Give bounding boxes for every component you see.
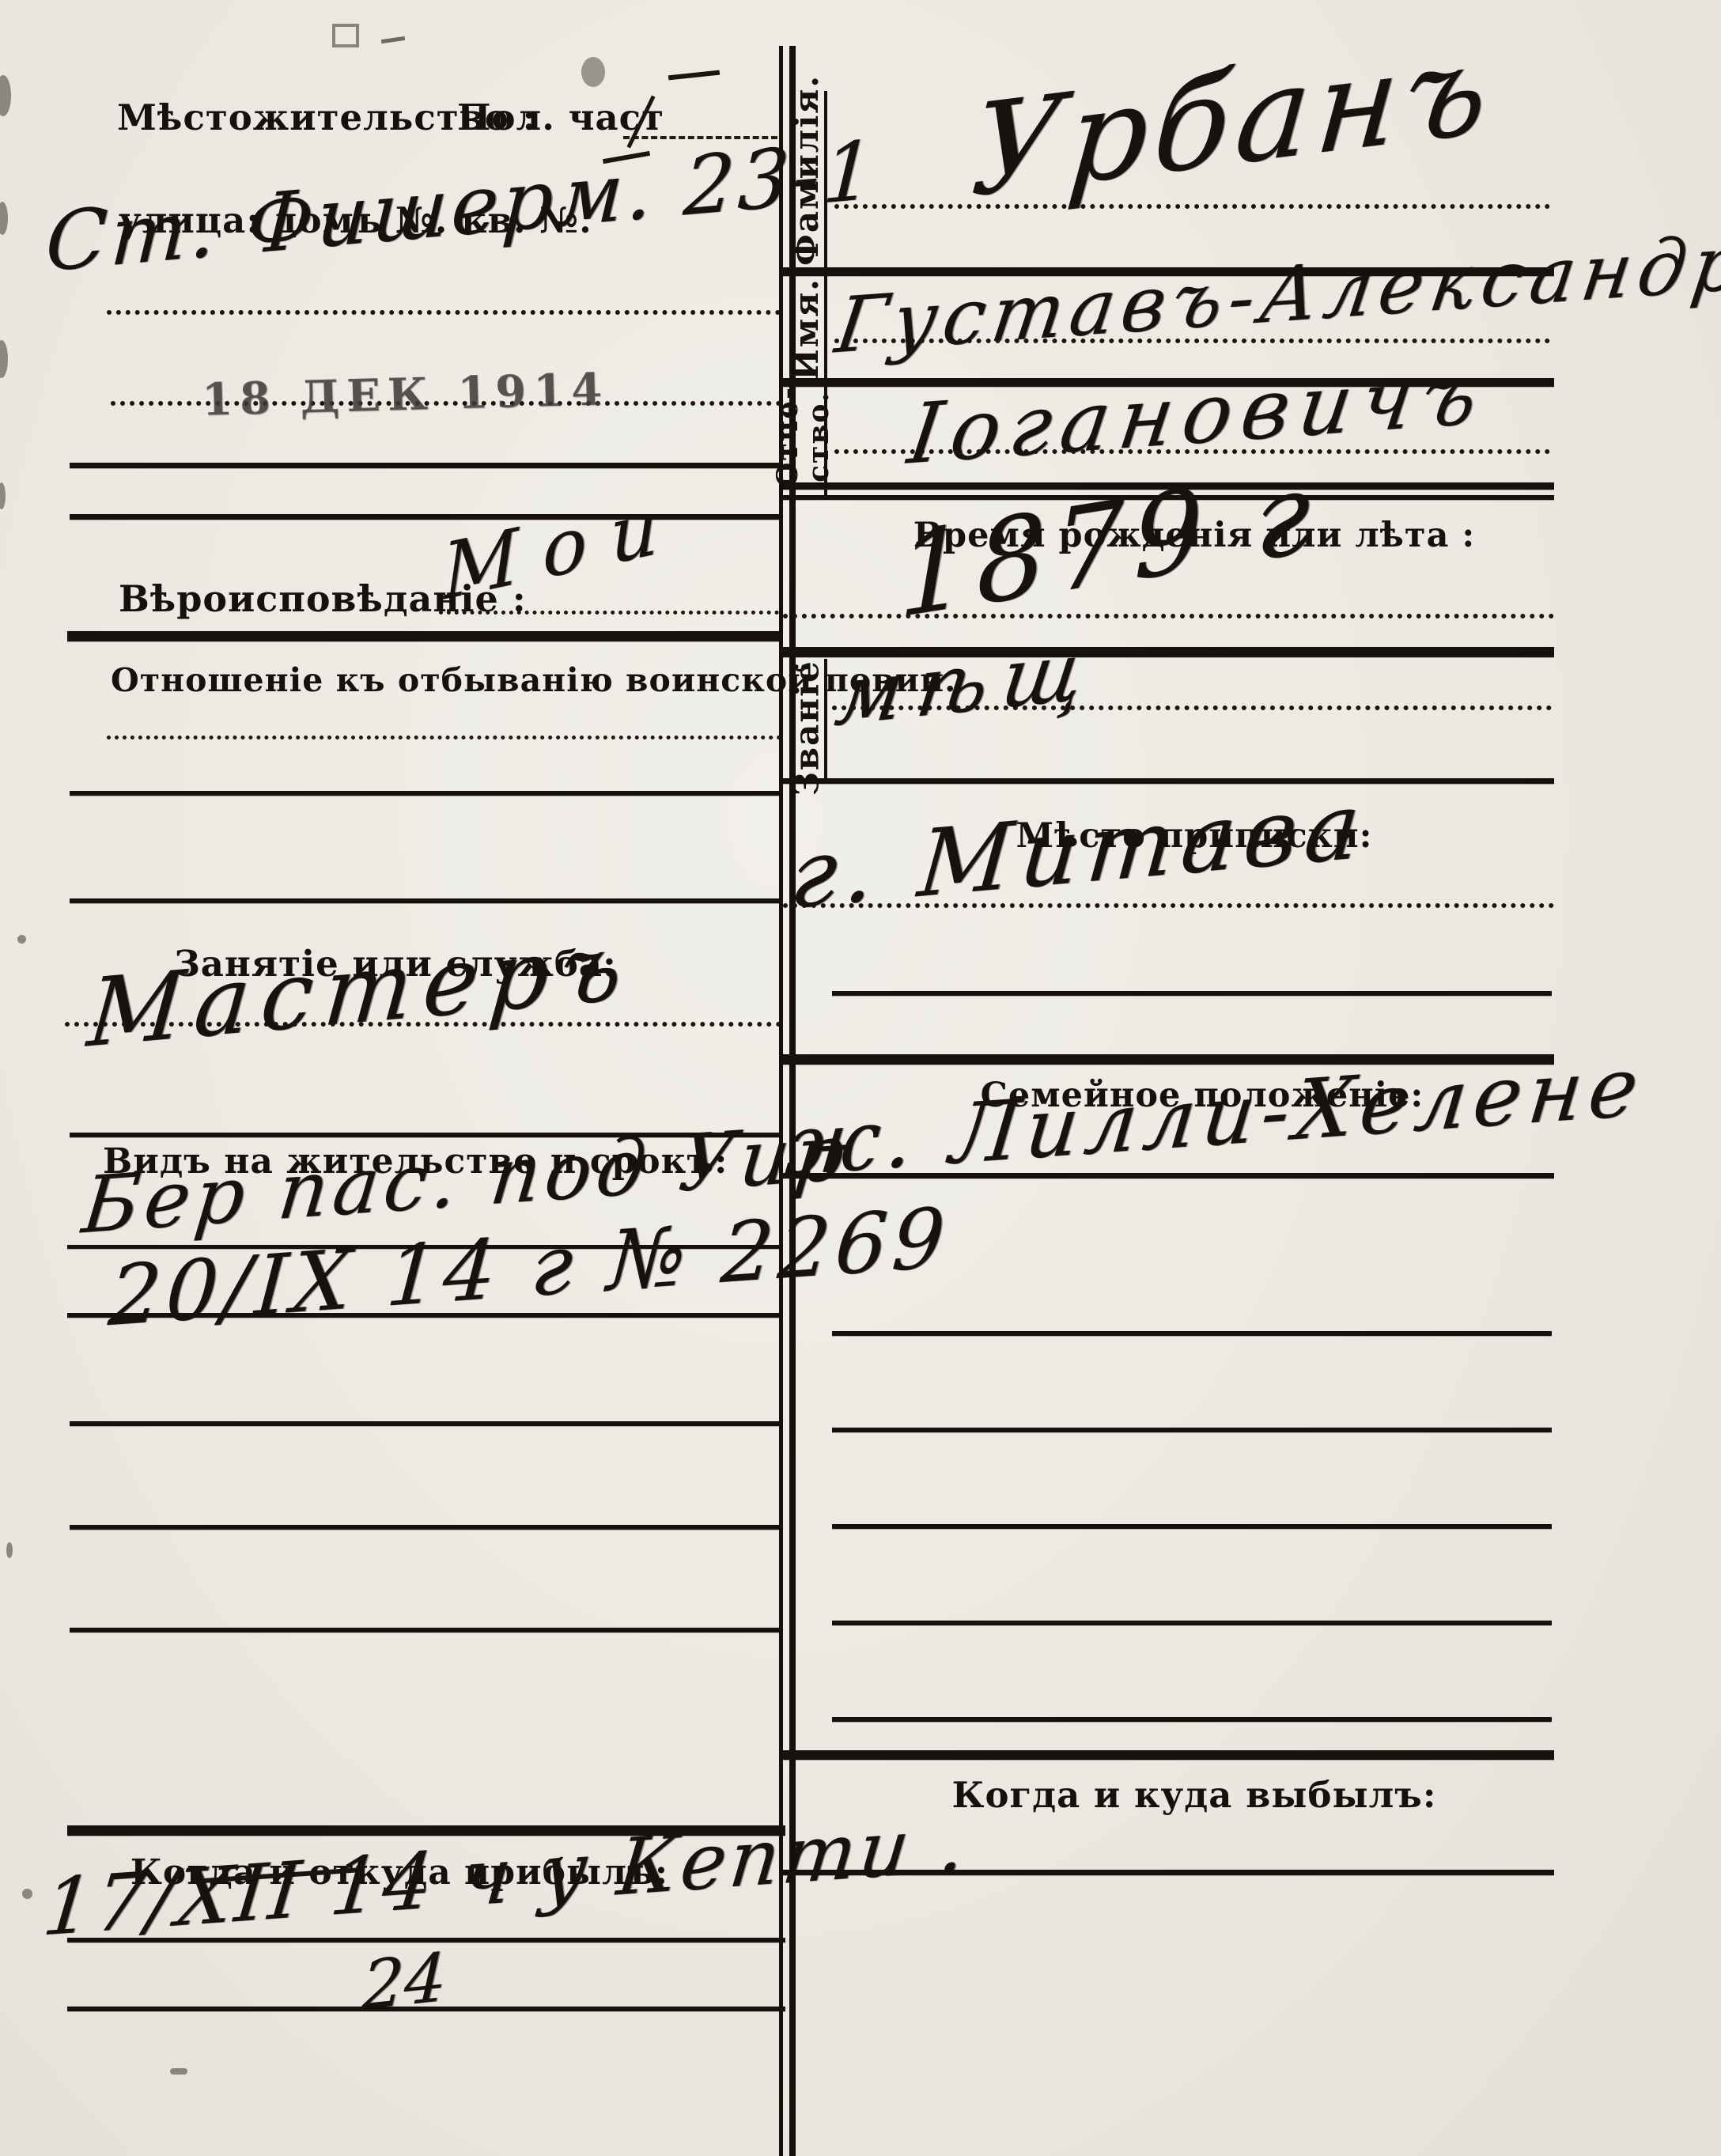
ruled-line bbox=[70, 463, 781, 468]
section-rule-heavy bbox=[783, 1750, 1554, 1760]
name-value-handwriting: Густавъ-Александръ bbox=[830, 214, 1721, 371]
name-label-text: Имя. bbox=[789, 278, 824, 380]
ruled-line bbox=[783, 1173, 1554, 1178]
ruled-line-dotted bbox=[107, 310, 781, 315]
ruled-line bbox=[67, 2007, 785, 2011]
ruled-line bbox=[832, 1621, 1552, 1625]
rank-vertical-label: Званіе. bbox=[789, 664, 826, 779]
religion-blank-line bbox=[439, 611, 779, 615]
ruled-line bbox=[832, 1331, 1552, 1336]
ink-blob bbox=[581, 57, 605, 87]
paper-speck bbox=[22, 1889, 32, 1899]
patronymic-value-handwriting: Іогановичъ bbox=[902, 345, 1492, 482]
paper-speck bbox=[170, 2068, 187, 2075]
military-service-label: Отношеніе къ отбыванію воинской повин. bbox=[111, 661, 956, 699]
ruled-line bbox=[70, 1421, 781, 1426]
ruled-line bbox=[832, 1524, 1552, 1529]
ruled-line bbox=[67, 1313, 781, 1318]
ruled-line-dotted bbox=[834, 339, 1550, 343]
ruled-line-dotted bbox=[832, 705, 1552, 710]
paper-speck bbox=[17, 935, 26, 944]
paper-speck bbox=[0, 202, 8, 235]
ruled-line bbox=[70, 1628, 781, 1632]
pen-mark-square bbox=[332, 24, 359, 47]
surname-value-handwriting: Урбанъ bbox=[966, 13, 1500, 225]
religion-value-handwriting: Мои bbox=[441, 477, 683, 618]
paper-speck bbox=[6, 1542, 13, 1558]
paper-speck bbox=[0, 340, 8, 378]
ruled-line-dotted bbox=[107, 736, 781, 739]
patronymic-vertical-label: Отче- ство. bbox=[769, 385, 838, 488]
surname-label-text: Фамилія. bbox=[789, 74, 824, 266]
ruled-line bbox=[832, 1428, 1552, 1432]
arrived-note-handwriting: 24 bbox=[361, 1938, 448, 2025]
street-value-handwriting: Ст. Фишерм. 23-1 bbox=[43, 123, 879, 291]
ruled-line bbox=[832, 1717, 1552, 1722]
ruled-line bbox=[783, 778, 1554, 784]
column-divider-thin bbox=[779, 46, 783, 2156]
surname-vertical-label: Фамилія. bbox=[788, 67, 826, 273]
ruled-line bbox=[832, 991, 1552, 996]
rank-value-handwriting: мѣщ bbox=[830, 622, 1103, 745]
ruled-line-dotted bbox=[834, 204, 1550, 209]
ruled-line bbox=[70, 791, 781, 796]
ruled-line-dotted bbox=[783, 614, 1554, 618]
registration-card-scan: Мѣстожительство : Пол. част улица: домъ … bbox=[0, 0, 1721, 2156]
ruled-line-dotted bbox=[834, 449, 1550, 454]
name-vertical-label: Имя. bbox=[788, 278, 826, 380]
ruled-line bbox=[783, 1870, 1554, 1875]
pen-dash bbox=[668, 70, 720, 81]
ruled-line-dotted bbox=[783, 903, 1554, 908]
paper-speck bbox=[0, 482, 6, 509]
arrived-value-handwriting: 17/XII 14 ч у Кепти . bbox=[39, 1799, 973, 1954]
occupation-value-handwriting: Мастеръ bbox=[84, 910, 638, 1069]
ruled-line bbox=[70, 1525, 781, 1530]
patronymic-label-line1: Отче- bbox=[773, 386, 804, 487]
pen-mark-dash bbox=[381, 36, 405, 43]
departed-label: Когда и куда выбылъ: bbox=[894, 1774, 1495, 1816]
ruled-line bbox=[70, 898, 781, 903]
paper-speck bbox=[0, 75, 11, 116]
patronymic-label-line2: ство. bbox=[804, 391, 834, 482]
date-stamp: 18 ДЕК 1914 bbox=[201, 363, 610, 426]
rank-label-text: Званіе. bbox=[789, 647, 825, 796]
section-rule-heavy bbox=[67, 631, 781, 641]
ruled-line-dotted bbox=[65, 1022, 781, 1027]
